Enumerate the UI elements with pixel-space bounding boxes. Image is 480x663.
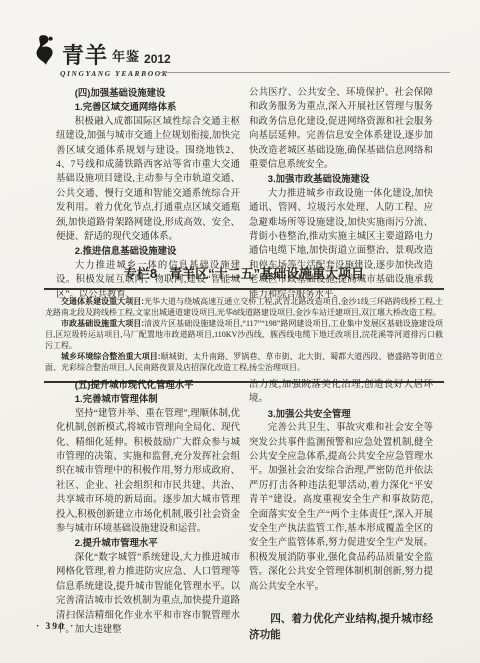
panel-item-label: 交通体系建设重大项目: <box>61 297 144 306</box>
body-paragraph: 坚持“建管并举、重在管理”,理顺体制,优化机制,创新模式,将城市管理向全局化、现… <box>56 407 240 537</box>
column-lower-right: 治力度,加强院落美化治理,创造良好人居环境。 3.加强公共安全管理 完善公共卫生… <box>249 378 433 643</box>
page-number: · 390 · <box>36 622 75 632</box>
scanned-yearbook-page: 青羊 年鉴 2012 QINGYANG YEARBOOK (四)加强基础设施建设… <box>0 0 480 663</box>
masthead: 青羊 年鉴 2012 QINGYANG YEARBOOK <box>34 34 171 78</box>
section-heading: (五)提升城市现代化管理水平 <box>56 378 240 392</box>
panel-item-label: 城乡环境综合整治重大项目: <box>61 352 161 361</box>
logo-row: 青羊 年鉴 2012 <box>34 34 171 67</box>
body-paragraph-continued: 治力度,加强院落美化治理,创造良好人居环境。 <box>249 378 433 407</box>
panel-item: 城乡环境综合整治重大项目:顺城街、太升南路、罗锅巷、草市街、北大街、蜀都大道西段… <box>45 351 443 373</box>
panel-item: 市政基础设施重大项目:清波片区基础设施建设项目,“117”“198”路网建设项目… <box>45 318 443 351</box>
body-paragraph-continued: 公共医疗、公共安全、环境保护、社会保障和政务服务为重点,深入开展社区管理与服务和… <box>249 86 433 172</box>
sub-heading: 2.推进信息基础设施建设 <box>56 244 240 258</box>
yearbook-seal-icon <box>34 34 58 67</box>
body-paragraph: 完善公共卫生、事故灾难和社会安全等突发公共事件监测预警和应急处置机制,健全公共安… <box>249 421 433 594</box>
sub-heading: 3.加强市政基础设施建设 <box>249 172 433 186</box>
brand-year: 2012 <box>144 52 171 67</box>
body-paragraph: 积极融入成都国际区域性综合交通主枢纽建设,加强与城市交通上位规划衔接,加快完善区… <box>56 115 240 245</box>
brand-title-mid: 年鉴 <box>112 48 140 67</box>
column-lower-left: (五)提升城市现代化管理水平 1.完善城市管理体制 坚持“建管并举、重在管理”,… <box>56 378 240 643</box>
feature-panel-title: 专栏8青羊区“十二五”基础设施重大项目 <box>44 266 444 282</box>
header-rule <box>158 72 450 73</box>
panel-title-text: 青羊区“十二五”基础设施重大项目 <box>169 266 364 281</box>
section-heading: (四)加强基础设施建设 <box>56 86 240 100</box>
brand-title-en: QINGYANG YEARBOOK <box>60 69 171 78</box>
chapter-heading: 四、着力优化产业结构,提升城市经济功能 <box>249 611 433 643</box>
sub-heading: 1.完善区域交通网络体系 <box>56 100 240 114</box>
panel-item: 交通体系建设重大项目:光华大道与绕城高速互通立交桥工程,武青北路改造项目,金沙1… <box>45 296 443 318</box>
brand-title-cn: 青羊 <box>62 45 108 67</box>
panel-tag: 专栏8 <box>124 266 157 281</box>
sub-heading: 3.加强公共安全管理 <box>249 407 433 421</box>
body-paragraph: 深化“数字城管”系统建设,大力推进城市网格化管理,着力推进防灾应急、人口管理等信… <box>56 551 240 637</box>
body-lower: (五)提升城市现代化管理水平 1.完善城市管理体制 坚持“建管并举、重在管理”,… <box>56 378 433 643</box>
sub-heading: 2.提升城市管理水平 <box>56 536 240 550</box>
panel-item-label: 市政基础设施重大项目: <box>61 319 144 328</box>
feature-panel-body: 交通体系建设重大项目:光华大道与绕城高速互通立交桥工程,武青北路改造项目,金沙1… <box>44 288 444 383</box>
sub-heading: 1.完善城市管理体制 <box>56 392 240 406</box>
feature-panel: 专栏8青羊区“十二五”基础设施重大项目 交通体系建设重大项目:光华大道与绕城高速… <box>44 266 444 383</box>
